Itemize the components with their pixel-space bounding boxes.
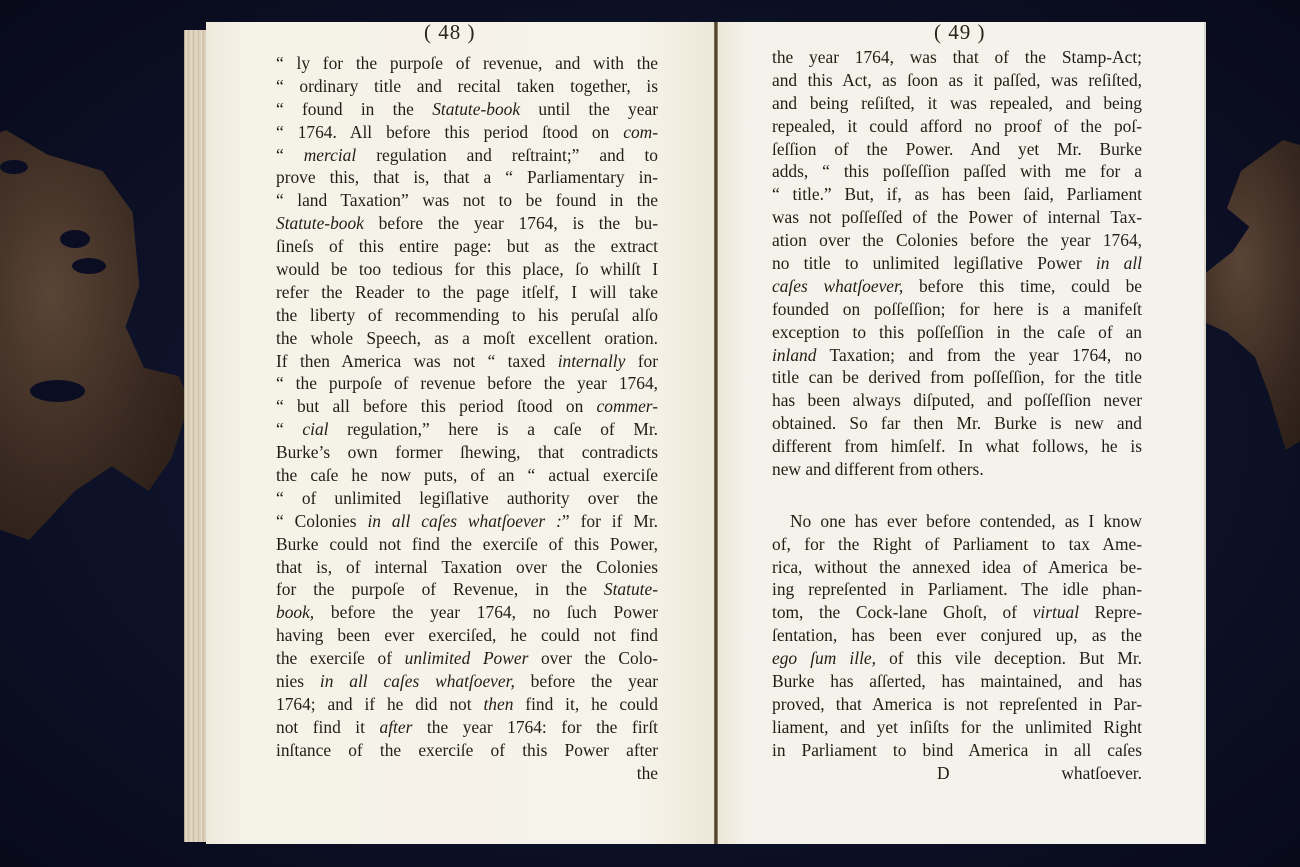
text-line: having been ever exerciſed, he could not…: [276, 624, 658, 647]
italic-text: book,: [276, 602, 314, 622]
roman-text: Burke could not find the exerciſe of thi…: [276, 534, 658, 554]
roman-text: obtained. So far then Mr. Burke is new a…: [772, 413, 1142, 433]
left-page-text: “ ly for the purpoſe of revenue, and wit…: [276, 52, 658, 785]
roman-text: “ title.” But, if, as has been ſaid, Par…: [772, 184, 1142, 204]
text-line: in Parliament to bind America in all caſ…: [772, 739, 1142, 762]
roman-text: Burke has aſſerted, has maintained, and …: [772, 671, 1142, 691]
text-line: obtained. So far then Mr. Burke is new a…: [772, 412, 1142, 435]
roman-text: inſtance of the exerciſe of this Power a…: [276, 740, 658, 760]
text-line: prove this, that is, that a “ Parliament…: [276, 166, 658, 189]
roman-text: No one has ever before contended, as I k…: [790, 511, 1142, 531]
text-line: tom, the Cock-lane Ghoſt, of virtual Rep…: [772, 601, 1142, 624]
catchword: whatſoever.: [1061, 762, 1142, 785]
roman-text: for: [625, 351, 658, 371]
text-line: Burke could not find the exerciſe of thi…: [276, 533, 658, 556]
text-line: “ Colonies in all caſes whatſoever :” fo…: [276, 510, 658, 533]
roman-text: ation over the Colonies before the year …: [772, 230, 1142, 250]
roman-text: Burke’s own former ſhewing, that contrad…: [276, 442, 658, 462]
italic-text: cial: [302, 419, 328, 439]
text-line: ing repreſented in Parliament. The idle …: [772, 578, 1142, 601]
roman-text: “: [276, 419, 302, 439]
roman-text: of, for the Right of Parliament to tax A…: [772, 534, 1142, 554]
roman-text: and being reſiſted, it was repealed, and…: [772, 93, 1142, 113]
italic-text: in all caſes whatſoever,: [320, 671, 515, 691]
roman-text: Repre-: [1079, 602, 1142, 622]
roman-text: 1764; and if he did not: [276, 694, 483, 714]
roman-text: would be too tedious for this place, ſo …: [276, 259, 658, 279]
roman-text: new and different from others.: [772, 459, 984, 479]
text-line: and this Act, as ſoon as it paſſed, was …: [772, 69, 1142, 92]
italic-text: Statute-: [604, 579, 658, 599]
text-line: the whole Speech, as a moſt excellent or…: [276, 327, 658, 350]
italic-text: mercial: [304, 145, 356, 165]
roman-text: and this Act, as ſoon as it paſſed, was …: [772, 70, 1142, 90]
roman-text: exception to this poſſeſſion in the caſe…: [772, 322, 1142, 342]
roman-text: prove this, that is, that a “ Parliament…: [276, 167, 658, 187]
page-footer: Dwhatſoever.: [772, 762, 1142, 785]
roman-text: before the year 1764, no ſuch Power: [314, 602, 658, 622]
text-line: adds, “ this poſſeſſion paſſed with me f…: [772, 160, 1142, 183]
roman-text: was not poſſeſſed of the Power of intern…: [772, 207, 1142, 227]
text-line: ſentation, has been ever conjured up, as…: [772, 624, 1142, 647]
text-line: different from himſelf. In what follows,…: [772, 435, 1142, 458]
roman-text: “ ordinary title and recital taken toget…: [276, 76, 658, 96]
right-page-text: the year 1764, was that of the Stamp-Act…: [772, 46, 1142, 785]
text-line: the exerciſe of unlimited Power over the…: [276, 647, 658, 670]
text-line: “ the purpoſe of revenue before the year…: [276, 372, 658, 395]
open-book: ( 48 ) “ ly for the purpoſe of revenue, …: [184, 22, 1218, 844]
roman-text: “ found in the: [276, 99, 432, 119]
italic-text: Statute-book: [432, 99, 520, 119]
text-line: “ ly for the purpoſe of revenue, and wit…: [276, 52, 658, 75]
italic-text: virtual: [1033, 602, 1079, 622]
roman-text: until the year: [520, 99, 658, 119]
roman-text: the liberty of recommending to his peruſ…: [276, 305, 658, 325]
roman-text: “ but all before this period ſtood on: [276, 396, 597, 416]
signature-mark: D: [937, 762, 950, 785]
text-line: “ cial regulation,” here is a caſe of Mr…: [276, 418, 658, 441]
page-number-right: ( 49 ): [934, 20, 986, 45]
catchword: the: [276, 762, 658, 785]
text-line: that is, of internal Taxation over the C…: [276, 556, 658, 579]
text-line: caſes whatſoever, before this time, coul…: [772, 275, 1142, 298]
text-line: was not poſſeſſed of the Power of intern…: [772, 206, 1142, 229]
roman-text: ing repreſented in Parliament. The idle …: [772, 579, 1142, 599]
roman-text: the caſe he now puts, of an “ actual exe…: [276, 465, 658, 485]
roman-text: over the Colo-: [528, 648, 658, 668]
roman-text: different from himſelf. In what follows,…: [772, 436, 1142, 456]
text-line: ego ſum ille, of this vile deception. Bu…: [772, 647, 1142, 670]
italic-text: then: [483, 694, 513, 714]
roman-text: title can be derived from poſſeſſion, fo…: [772, 367, 1142, 387]
roman-text: refer the Reader to the page itſelf, I w…: [276, 282, 658, 302]
roman-text: “ Colonies: [276, 511, 367, 531]
italic-text: com-: [623, 122, 658, 142]
text-line: for the purpoſe of Revenue, in the Statu…: [276, 578, 658, 601]
text-line: not find it after the year 1764: for the…: [276, 716, 658, 739]
text-line: of, for the Right of Parliament to tax A…: [772, 533, 1142, 556]
roman-text: regulation,” here is a caſe of Mr.: [328, 419, 658, 439]
roman-text: repealed, it could afford no proof of th…: [772, 116, 1142, 136]
text-line: “ mercial regulation and reſtraint;” and…: [276, 144, 658, 167]
text-line: nies in all caſes whatſoever, before the…: [276, 670, 658, 693]
roman-text: the exerciſe of: [276, 648, 405, 668]
roman-text: Taxation; and from the year 1764, no: [816, 345, 1142, 365]
roman-text: in Parliament to bind America in all caſ…: [772, 740, 1142, 760]
text-line: “ but all before this period ſtood on co…: [276, 395, 658, 418]
text-line: founded on poſſeſſion; for here is a man…: [772, 298, 1142, 321]
text-line: inſtance of the exerciſe of this Power a…: [276, 739, 658, 762]
text-line: rica, without the annexed idea of Americ…: [772, 556, 1142, 579]
paragraph-gap: [772, 481, 1142, 504]
text-line: proved, that America is not repreſented …: [772, 693, 1142, 716]
text-line: and being reſiſted, it was repealed, and…: [772, 92, 1142, 115]
roman-text: has been always diſputed, and poſſeſſion…: [772, 390, 1142, 410]
roman-text: that is, of internal Taxation over the C…: [276, 557, 658, 577]
clip-hole: [0, 160, 28, 174]
roman-text: of this vile deception. But Mr.: [876, 648, 1142, 668]
italic-text: in all: [1096, 253, 1142, 273]
text-line: refer the Reader to the page itſelf, I w…: [276, 281, 658, 304]
roman-text: regulation and reſtraint;” and to: [356, 145, 658, 165]
text-line: No one has ever before contended, as I k…: [772, 510, 1142, 533]
roman-text: before the year: [515, 671, 658, 691]
text-line: repealed, it could afford no proof of th…: [772, 115, 1142, 138]
roman-text: “ 1764. All before this period ſtood on: [276, 122, 623, 142]
text-line: ſineſs of this entire page: but as the e…: [276, 235, 658, 258]
text-line: “ title.” But, if, as has been ſaid, Par…: [772, 183, 1142, 206]
text-line: ation over the Colonies before the year …: [772, 229, 1142, 252]
roman-text: If then America was not “ taxed: [276, 351, 558, 371]
text-line: the liberty of recommending to his peruſ…: [276, 304, 658, 327]
roman-text: the year 1764: for the firſt: [412, 717, 658, 737]
italic-text: internally: [558, 351, 626, 371]
left-page: ( 48 ) “ ly for the purpoſe of revenue, …: [206, 22, 716, 844]
roman-text: ſineſs of this entire page: but as the e…: [276, 236, 658, 256]
clip-hole: [60, 230, 90, 248]
text-line: has been always diſputed, and poſſeſſion…: [772, 389, 1142, 412]
text-line: inland Taxation; and from the year 1764,…: [772, 344, 1142, 367]
text-line: 1764; and if he did not then find it, he…: [276, 693, 658, 716]
roman-text: having been ever exerciſed, he could not…: [276, 625, 658, 645]
text-line: Burke’s own former ſhewing, that contrad…: [276, 441, 658, 464]
clip-hole: [30, 380, 85, 402]
italic-text: in all caſes whatſoever :: [367, 511, 561, 531]
text-line: Burke has aſſerted, has maintained, and …: [772, 670, 1142, 693]
book-gutter: [714, 22, 718, 844]
text-line: no title to unlimited legiſlative Power …: [772, 252, 1142, 275]
roman-text: before the year 1764, is the bu-: [364, 213, 658, 233]
roman-text: “ land Taxation” was not to be found in …: [276, 190, 658, 210]
italic-text: after: [380, 717, 413, 737]
roman-text: not find it: [276, 717, 380, 737]
roman-text: the year 1764, was that of the Stamp-Act…: [772, 47, 1142, 67]
metal-page-clip-left: [0, 130, 190, 540]
right-page: ( 49 ) the year 1764, was that of the St…: [716, 22, 1206, 844]
italic-text: inland: [772, 345, 816, 365]
italic-text: caſes whatſoever,: [772, 276, 903, 296]
text-line: the year 1764, was that of the Stamp-Act…: [772, 46, 1142, 69]
text-line: “ found in the Statute-book until the ye…: [276, 98, 658, 121]
roman-text: ” for if Mr.: [562, 511, 658, 531]
text-line: “ land Taxation” was not to be found in …: [276, 189, 658, 212]
text-line: exception to this poſſeſſion in the caſe…: [772, 321, 1142, 344]
text-line: new and different from others.: [772, 458, 1142, 481]
roman-text: founded on poſſeſſion; for here is a man…: [772, 299, 1142, 319]
italic-text: Statute-book: [276, 213, 364, 233]
roman-text: liament, and yet inſiſts for the unlimit…: [772, 717, 1142, 737]
italic-text: unlimited Power: [405, 648, 529, 668]
roman-text: nies: [276, 671, 320, 691]
text-line: “ of unlimited legiſlative authority ove…: [276, 487, 658, 510]
clip-hole: [72, 258, 106, 274]
roman-text: adds, “ this poſſeſſion paſſed with me f…: [772, 161, 1142, 181]
roman-text: ſeſſion of the Power. And yet Mr. Burke: [772, 139, 1142, 159]
text-line: would be too tedious for this place, ſo …: [276, 258, 658, 281]
roman-text: find it, he could: [513, 694, 658, 714]
roman-text: before this time, could be: [903, 276, 1142, 296]
roman-text: proved, that America is not repreſented …: [772, 694, 1142, 714]
text-line: “ 1764. All before this period ſtood on …: [276, 121, 658, 144]
roman-text: “: [276, 145, 304, 165]
text-line: liament, and yet inſiſts for the unlimit…: [772, 716, 1142, 739]
page-number-left: ( 48 ): [424, 20, 476, 45]
text-line: “ ordinary title and recital taken toget…: [276, 75, 658, 98]
roman-text: no title to unlimited legiſlative Power: [772, 253, 1096, 273]
text-line: If then America was not “ taxed internal…: [276, 350, 658, 373]
roman-text: rica, without the annexed idea of Americ…: [772, 557, 1142, 577]
text-line: the caſe he now puts, of an “ actual exe…: [276, 464, 658, 487]
roman-text: ſentation, has been ever conjured up, as…: [772, 625, 1142, 645]
text-line: book, before the year 1764, no ſuch Powe…: [276, 601, 658, 624]
roman-text: tom, the Cock-lane Ghoſt, of: [772, 602, 1033, 622]
text-line: ſeſſion of the Power. And yet Mr. Burke: [772, 138, 1142, 161]
italic-text: commer-: [597, 396, 658, 416]
text-line: Statute-book before the year 1764, is th…: [276, 212, 658, 235]
roman-text: the whole Speech, as a moſt excellent or…: [276, 328, 658, 348]
text-line: title can be derived from poſſeſſion, fo…: [772, 366, 1142, 389]
roman-text: “ ly for the purpoſe of revenue, and wit…: [276, 53, 658, 73]
roman-text: for the purpoſe of Revenue, in the: [276, 579, 604, 599]
roman-text: “ the purpoſe of revenue before the year…: [276, 373, 658, 393]
roman-text: “ of unlimited legiſlative authority ove…: [276, 488, 658, 508]
italic-text: ego ſum ille,: [772, 648, 876, 668]
